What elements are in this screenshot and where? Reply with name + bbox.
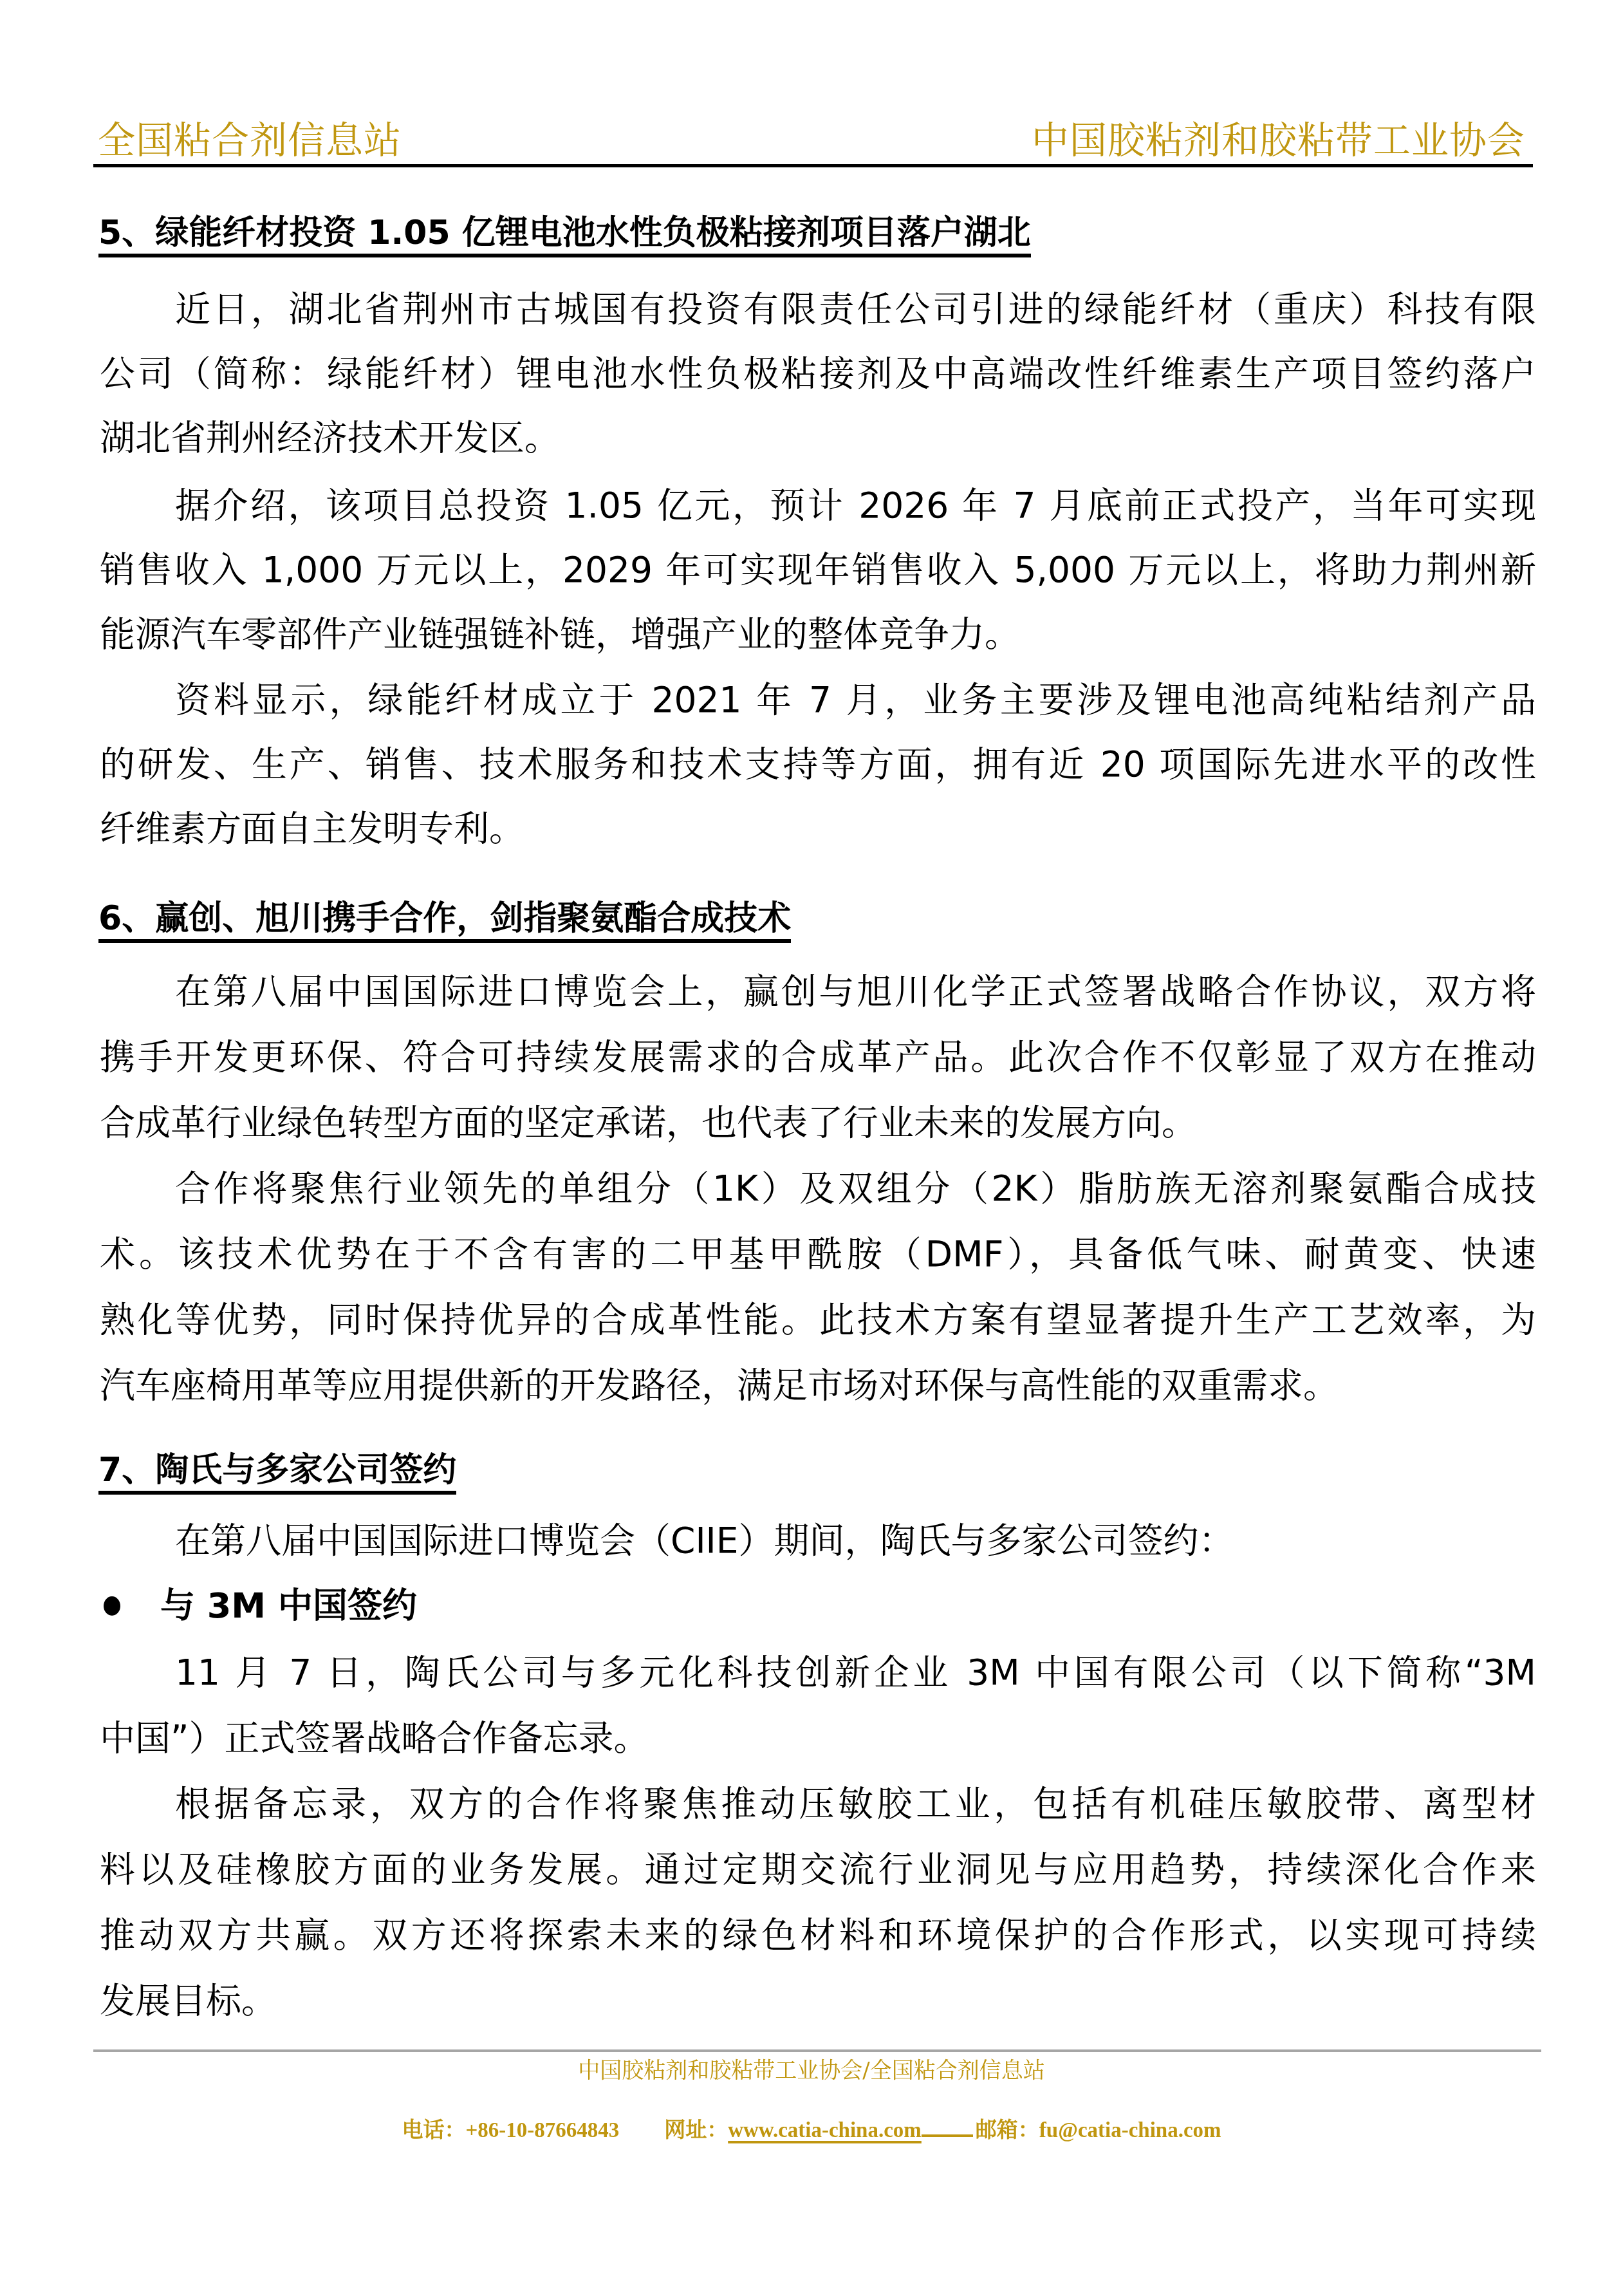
paragraph-line: 发展目标。 — [100, 1968, 1536, 2033]
phone-number: +86-10-87664843 — [465, 2119, 619, 2142]
paragraph-line: 熟化等优势，同时保持优异的合成革性能。此技术方案有望显著提升生产工艺效率，为 — [100, 1287, 1536, 1352]
section-6-heading: 6、赢创、旭川携手合作，剑指聚氨酯合成技术 — [98, 898, 791, 943]
paragraph-line: 汽车座椅用革等应用提供新的开发路径，满足市场对环保与高性能的双重需求。 — [100, 1353, 1536, 1417]
paragraph-line: 销售收入 1,000 万元以上，2029 年可实现年销售收入 5,000 万元以… — [100, 537, 1536, 602]
email-address[interactable]: fu@catia-china.com — [1039, 2119, 1221, 2142]
bullet-dot-icon — [104, 1596, 120, 1616]
link-underline-tail — [922, 2115, 973, 2137]
paragraph-line: 的研发、生产、销售、技术服务和技术支持等方面，拥有近 20 项国际先进水平的改性 — [100, 732, 1536, 796]
header-divider — [93, 164, 1533, 167]
paragraph-line: 在第八届中国国际进口博览会上，赢创与旭川化学正式签署战略合作协议，双方将 — [175, 959, 1536, 1023]
paragraph-line: 11 月 7 日，陶氏公司与多元化科技创新企业 3M 中国有限公司（以下简称“3… — [175, 1640, 1536, 1704]
bullet-item: 与 3M 中国签约 — [98, 1580, 417, 1632]
phone-label: 电话： — [402, 2119, 465, 2142]
paragraph-line: 湖北省荆州经济技术开发区。 — [100, 406, 1536, 470]
section-5-heading: 5、绿能纤材投资 1.05 亿锂电池水性负极粘接剂项目落户湖北 — [98, 212, 1031, 257]
paragraph-line: 能源汽车零部件产业链强链补链，增强产业的整体竞争力。 — [100, 602, 1536, 666]
paragraph-line: 中国”）正式签署战略合作备忘录。 — [100, 1706, 1536, 1770]
paragraph-line: 携手开发更环保、符合可持续发展需求的合成革产品。此次合作不仅彰显了双方在推动 — [100, 1025, 1536, 1089]
paragraph-line: 公司（简称：绿能纤材）锂电池水性负极粘接剂及中高端改性纤维素生产项目签约落户 — [100, 341, 1536, 406]
bullet-label: 与 3M 中国签约 — [160, 1580, 417, 1632]
footer-contact-line: 电话：+86-10-87664843网址：www.catia-china.com… — [0, 2115, 1623, 2145]
paragraph-line: 纤维素方面自主发明专利。 — [100, 796, 1536, 861]
paragraph-line: 推动双方共赢。双方还将探索未来的绿色材料和环境保护的合作形式，以实现可持续 — [100, 1903, 1536, 1967]
footer-divider — [93, 2049, 1541, 2052]
paragraph-line: 合成革行业绿色转型方面的坚定承诺，也代表了行业未来的发展方向。 — [100, 1090, 1536, 1155]
header-right-title: 中国胶粘剂和胶粘带工业协会 — [1032, 115, 1525, 166]
website-label: 网址： — [664, 2119, 728, 2142]
paragraph-line: 料以及硅橡胶方面的业务发展。通过定期交流行业洞见与应用趋势，持续深化合作来 — [100, 1837, 1536, 1901]
paragraph-line: 合作将聚焦行业领先的单组分（1K）及双组分（2K）脂肪族无溶剂聚氨酯合成技 — [175, 1156, 1536, 1220]
paragraph-line: 根据备忘录，双方的合作将聚焦推动压敏胶工业，包括有机硅压敏胶带、离型材 — [175, 1771, 1536, 1836]
email-label: 邮箱： — [976, 2119, 1039, 2142]
paragraph-line: 术。该技术优势在于不含有害的二甲基甲酰胺（DMF），具备低气味、耐黄变、快速 — [100, 1222, 1536, 1286]
header-left-title: 全国粘合剂信息站 — [98, 115, 402, 166]
paragraph-line: 资料显示，绿能纤材成立于 2021 年 7 月，业务主要涉及锂电池高纯粘结剂产品 — [175, 667, 1536, 732]
paragraph-line: 据介绍，该项目总投资 1.05 亿元，预计 2026 年 7 月底前正式投产，当… — [175, 473, 1536, 537]
footer-org-line: 中国胶粘剂和胶粘带工业协会/全国粘合剂信息站 — [0, 2056, 1623, 2086]
website-link[interactable]: www.catia-china.com — [728, 2119, 922, 2142]
paragraph-line: 在第八届中国国际进口博览会（CIIE）期间，陶氏与多家公司签约： — [175, 1508, 1536, 1573]
section-7-heading: 7、陶氏与多家公司签约 — [98, 1450, 456, 1495]
paragraph-line: 近日，湖北省荆州市古城国有投资有限责任公司引进的绿能纤材（重庆）科技有限 — [175, 277, 1536, 341]
